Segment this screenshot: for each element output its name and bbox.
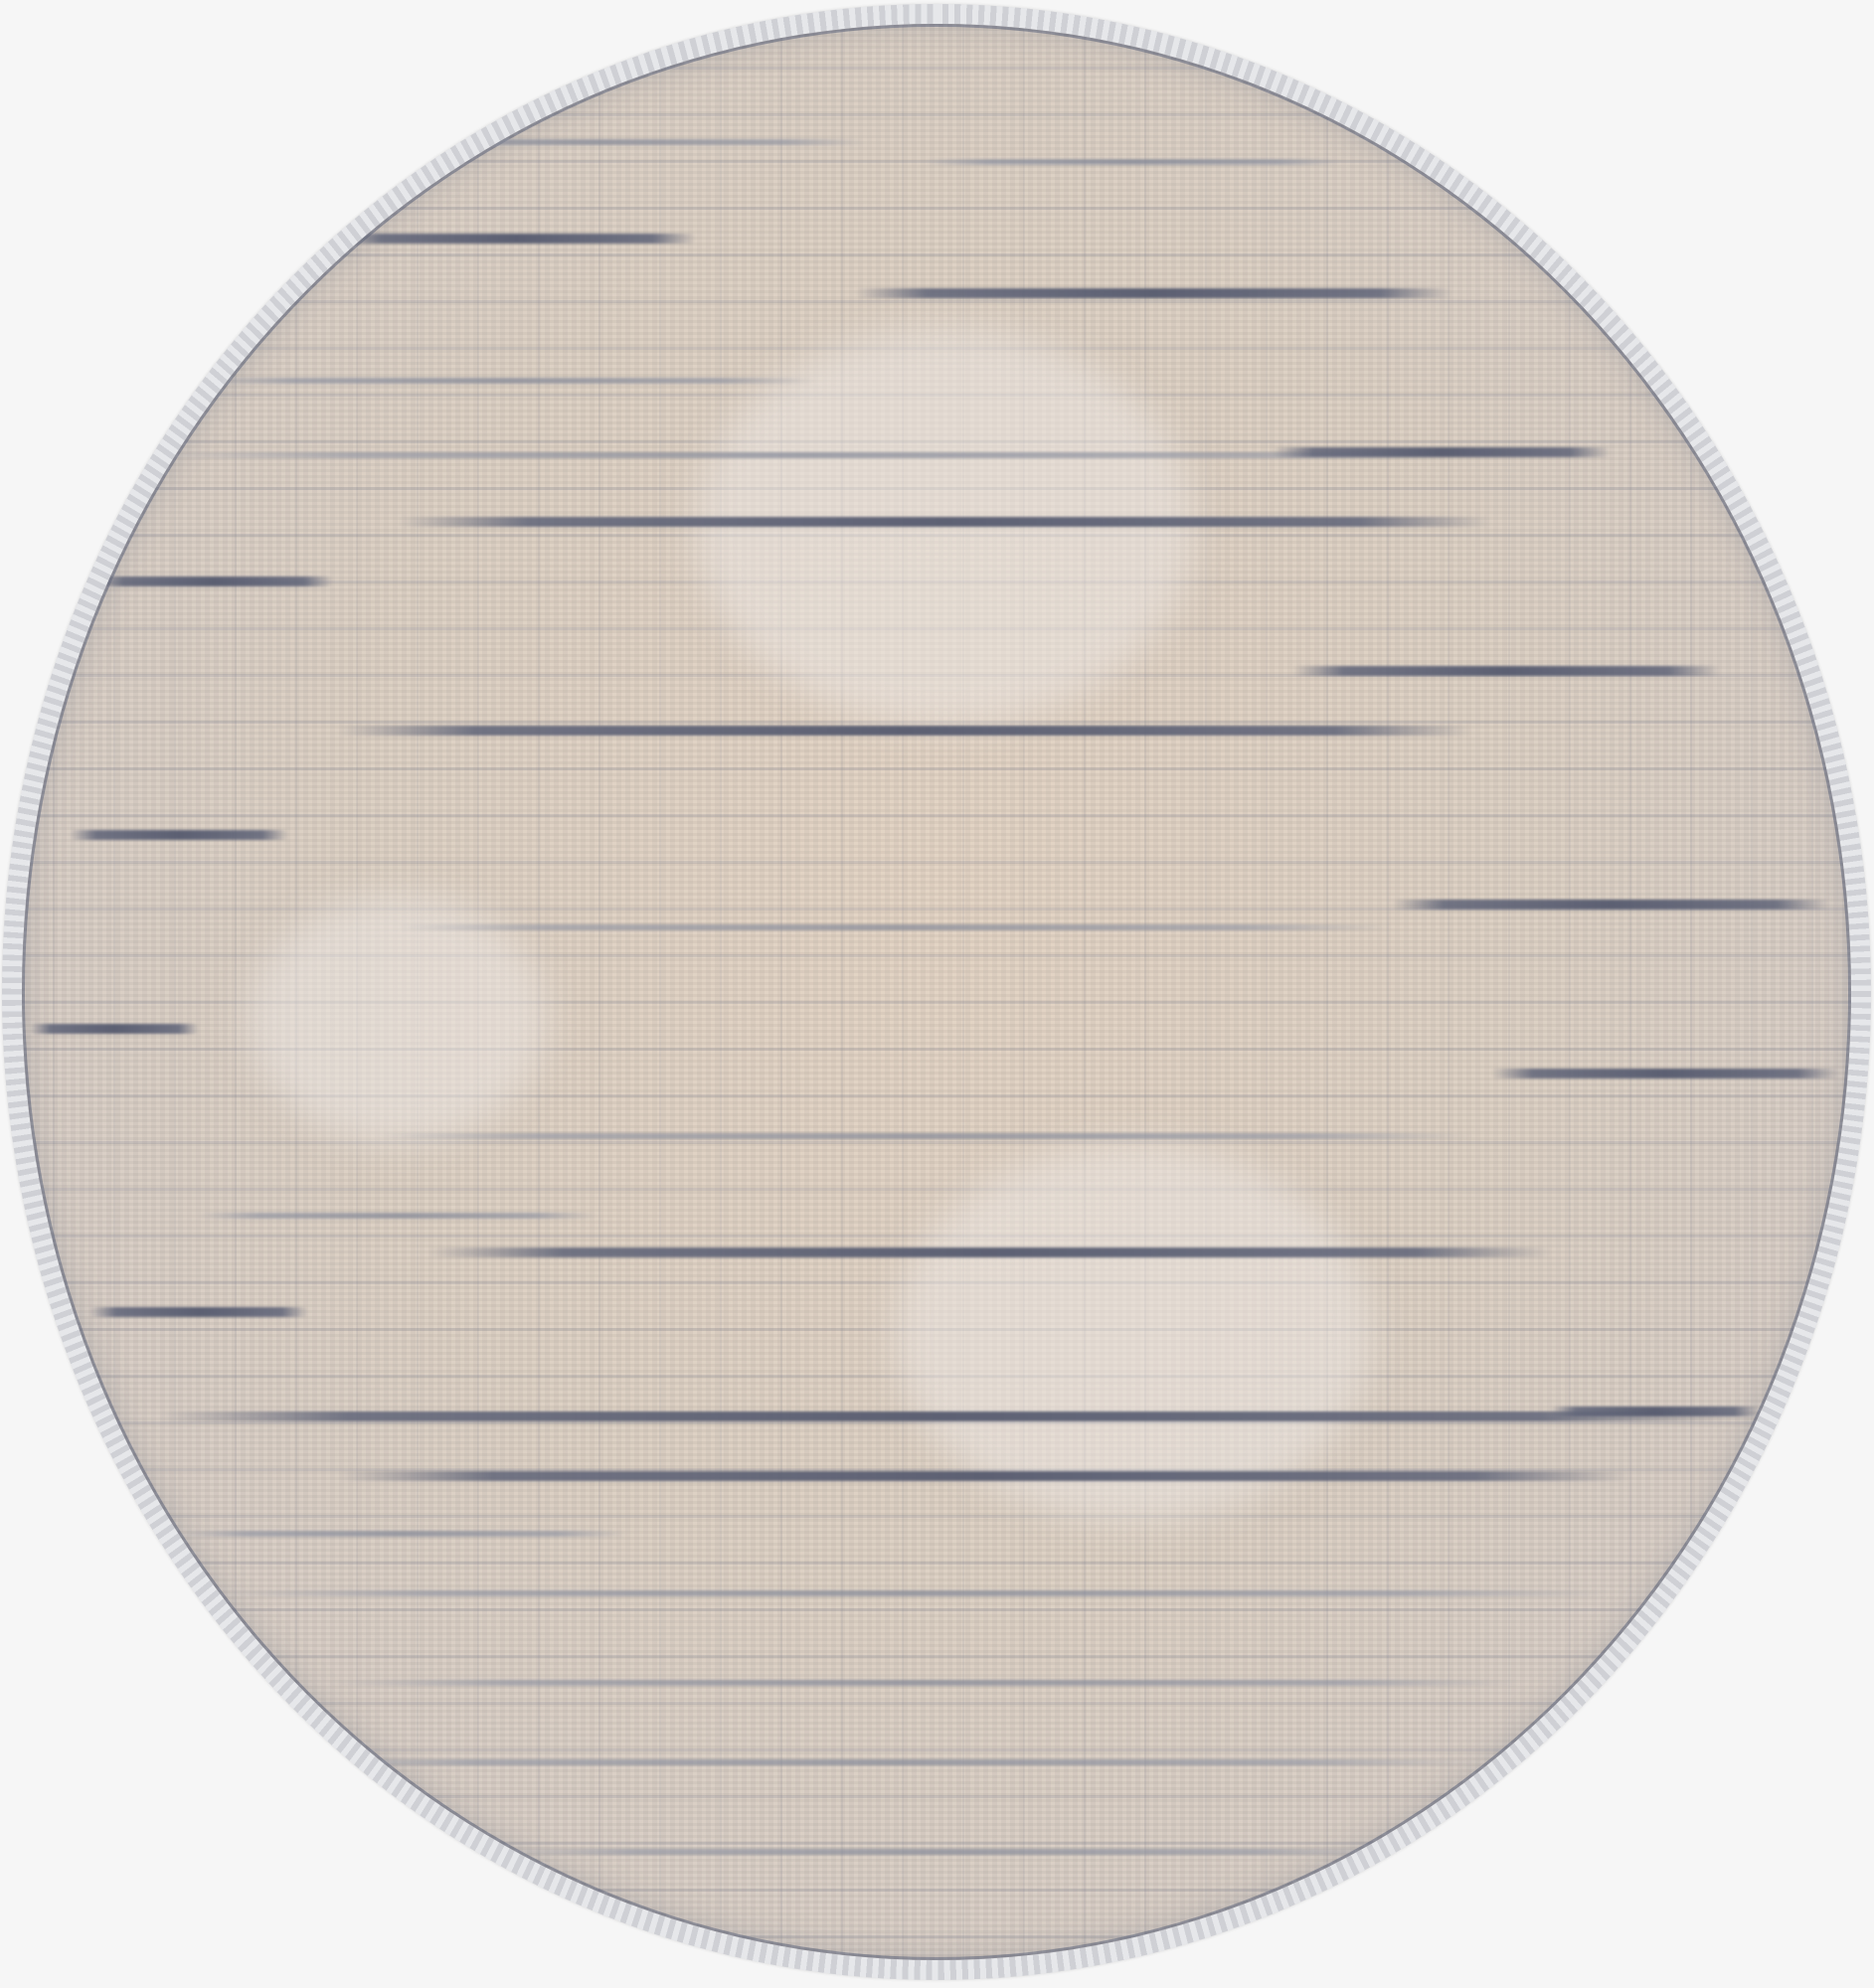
rug-streak: [925, 159, 1342, 165]
rug-streak: [398, 924, 1392, 930]
pale-patch: [895, 1143, 1372, 1521]
rug-streak: [179, 1531, 626, 1537]
rug-streak: [89, 1307, 308, 1317]
rug-streak: [70, 830, 288, 840]
rug-streak: [338, 726, 1471, 736]
rug-streak: [288, 1759, 1481, 1765]
rug-streak: [1551, 1407, 1760, 1416]
rug-streak: [855, 288, 1451, 298]
rug-streak: [427, 1247, 1551, 1257]
rug-streak: [338, 1471, 1630, 1481]
rug-streak: [338, 234, 696, 244]
rug-streak: [159, 452, 1451, 458]
rug-streak: [94, 577, 333, 586]
rug-streak: [497, 1849, 1392, 1855]
rug-streak: [219, 1590, 1611, 1596]
pale-patch: [696, 328, 1193, 726]
rug-streak: [1292, 666, 1720, 676]
rug-streak: [199, 378, 815, 384]
round-rug: [2, 4, 1871, 1980]
rug-streak: [398, 517, 1491, 527]
rug-streak: [328, 1680, 1521, 1686]
rug-streak: [159, 1411, 1730, 1421]
rug-streak: [328, 139, 865, 145]
rug-pile-field: [22, 24, 1851, 1960]
rug-streak: [1392, 900, 1829, 910]
rug-streak: [199, 1213, 596, 1219]
rug-streak: [1273, 447, 1611, 457]
rug-streak: [1491, 1069, 1839, 1078]
rug-streak: [378, 1133, 1471, 1139]
pale-patch: [249, 895, 547, 1143]
rug-streak: [30, 1024, 199, 1034]
